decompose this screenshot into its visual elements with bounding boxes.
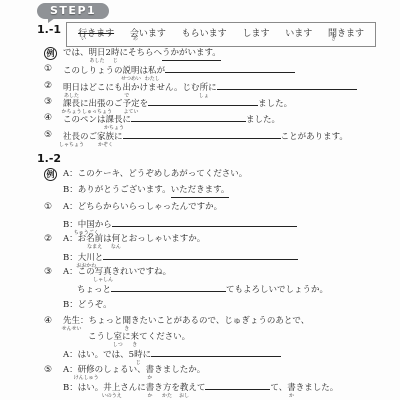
continuation-line: B：はい。井上いのうえさんに書かき方かたを教おしえてて、書かきました。 — [0, 379, 400, 395]
text-segment: 社長しゃちょう — [63, 132, 80, 143]
text-segment: えて — [188, 383, 205, 394]
text-segment: 明日あした — [89, 48, 106, 59]
item-line: ④このペンは課長かちょうにました。 — [0, 111, 400, 127]
item-line: ⑤A：研修けんしゅうのしょるい、書かきましたか。 — [0, 363, 400, 379]
text-segment: 出張しゅっちょう — [89, 99, 106, 110]
answer-text-underlined: いただきます。 — [171, 185, 230, 198]
word-bank-word: 会いますあ — [130, 26, 166, 39]
example-icon: 例 — [44, 47, 57, 60]
text-segment: と — [95, 253, 104, 264]
furigana: か — [148, 394, 153, 399]
word-text: います — [285, 29, 312, 39]
text-segment: きたいことがあるので、じゅぎょうのあとで、 — [131, 316, 309, 327]
word-bank-word: います — [285, 26, 312, 39]
item-line: ①このしりょうの説明せつめいは私わたしが — [0, 62, 400, 78]
text-segment: て、 — [270, 383, 287, 394]
item-number: ① — [44, 202, 63, 213]
item-number: ③ — [44, 97, 63, 108]
text-segment: B：どうぞ。 — [63, 300, 112, 311]
text-segment: ：ちょっと — [80, 316, 123, 327]
text-segment: 書か — [146, 383, 155, 394]
item-number: ④ — [44, 316, 63, 327]
item-line: ③課長かちょうに出張しゅっちょうのご予定よていをました。 — [0, 95, 400, 111]
continuation-line: B：中国ちゅうごくから — [0, 216, 400, 232]
answer-blank — [217, 81, 357, 90]
continuation-line: B：どうぞ。 — [0, 297, 400, 313]
section-1-1-label: 1.-1 — [37, 23, 61, 36]
item-line: ④先生せんせい：ちょっと聞ききたいことがあるので、じゅぎょうのあとで、 — [0, 314, 400, 330]
text-segment: 方かた — [163, 383, 172, 394]
text-segment: 時じ — [111, 48, 120, 59]
furigana: あ — [131, 37, 140, 42]
text-segment: 写真しゃしん — [95, 267, 112, 278]
text-segment: 課長かちょう — [106, 115, 123, 126]
section-1-1-header-row: 1.-1 行きますい会いますあもらいますしますいます聞きますき — [37, 23, 376, 47]
text-segment: 先生せんせい — [63, 316, 80, 327]
text-segment: 中国ちゅうごく — [78, 220, 95, 231]
text-segment: 教おし — [180, 383, 189, 394]
text-segment: とおっしゃいますか。 — [120, 234, 205, 245]
continuation-line: B：大川おおかわと — [0, 248, 400, 264]
section-1-2-items: 例A：このケーキ、どうぞめしあがってください。B：ありがとうございます。いただき… — [0, 167, 400, 395]
text-segment: に — [143, 350, 152, 361]
answer-blank — [205, 381, 270, 390]
word-bank-word: 聞きますき — [328, 26, 364, 39]
word-bank-word: します — [242, 26, 269, 39]
answer-blank — [111, 283, 226, 292]
text-segment: 課長かちょう — [63, 99, 80, 110]
text-segment: B：ありがとうございます。 — [63, 185, 171, 196]
text-segment: きました。 — [296, 383, 339, 394]
example-line: 例A：このケーキ、どうぞめしあがってください。 — [0, 167, 400, 183]
answer-blank — [165, 64, 295, 73]
worksheet-page: STEP1 1.-1 行きますい会いますあもらいますしますいます聞きますき 例で… — [0, 0, 400, 400]
text-segment: のご — [80, 132, 97, 143]
answer-text-underlined: うかがいます。 — [162, 48, 221, 61]
item-number: ① — [44, 64, 63, 75]
text-segment: に — [122, 332, 131, 343]
text-segment: のしょるい、 — [95, 365, 146, 376]
word-bank-word: もらいます — [182, 26, 227, 39]
text-segment: 所しょ — [200, 83, 209, 94]
item-line: ②明日あしたはどこにも出でかけません。じむ所しょに — [0, 79, 400, 95]
continuation-line: B：ありがとうございます。いただきます。 — [0, 183, 400, 199]
text-segment: こうし — [88, 332, 114, 343]
text-segment: では、 — [63, 48, 89, 59]
text-segment: ことがあります。 — [281, 132, 348, 143]
text-segment: 何なん — [112, 234, 121, 245]
step-badge: STEP1 — [37, 3, 109, 19]
text-segment: 書か — [146, 365, 155, 376]
furigana: か — [289, 394, 294, 399]
example-marker: 例 — [44, 48, 63, 60]
text-segment: 説明せつめい — [123, 66, 140, 77]
text-segment: から — [95, 220, 112, 231]
text-segment: 書か — [287, 383, 296, 394]
text-segment: さんに — [120, 383, 146, 394]
continuation-line: ちょっとてもよろしいでしょうか。 — [0, 281, 400, 297]
word-text: します — [242, 29, 269, 39]
word-bank-box: 行きますい会いますあもらいますしますいます聞きますき — [66, 22, 376, 47]
furigana: いのうえ — [102, 394, 122, 399]
text-segment: きましたか。 — [154, 365, 205, 376]
text-segment: B：はい。 — [63, 383, 103, 394]
text-segment: 井上いのうえ — [103, 383, 120, 394]
answer-blank — [131, 113, 246, 122]
example-line: 例では、明日あした2時じにそちらへうかがいます。 — [0, 46, 400, 62]
answer-blank — [123, 130, 281, 139]
item-line: ①A：どちらからいらっしゃったんですか。 — [0, 200, 400, 216]
text-segment: 研修けんしゅう — [78, 365, 95, 376]
text-segment: ました。 — [258, 99, 292, 110]
text-segment: 名前なまえ — [86, 234, 103, 245]
continuation-line: こうし室しつに来きてください。 — [0, 330, 400, 346]
text-segment: A：お — [63, 234, 86, 245]
furigana: おし — [179, 394, 189, 399]
text-segment: 家族かぞく — [97, 132, 114, 143]
text-segment: A：どちらからいらっしゃったんですか。 — [63, 202, 222, 213]
text-segment: 予定よてい — [123, 99, 140, 110]
answer-blank — [148, 97, 258, 106]
item-number: ③ — [44, 267, 63, 278]
text-segment: きれいですね。 — [112, 267, 172, 278]
text-segment: 出で — [123, 83, 132, 94]
text-segment: に — [114, 132, 123, 143]
answer-blank — [151, 348, 281, 357]
text-segment: A：はい。では、5 — [63, 350, 134, 361]
text-segment: このペンは — [63, 115, 106, 126]
item-number: ② — [44, 234, 63, 245]
text-segment: に — [208, 83, 217, 94]
text-segment: A：この — [63, 267, 95, 278]
furigana: い — [79, 37, 88, 42]
word-text: もらいます — [182, 29, 227, 39]
example-marker: 例 — [44, 169, 63, 181]
item-number: ④ — [44, 113, 63, 124]
furigana: かた — [162, 394, 172, 399]
text-segment: 私わたし — [148, 66, 157, 77]
section-1-1-items: 例では、明日あした2時じにそちらへうかがいます。①このしりょうの説明せつめいは私… — [0, 46, 400, 144]
text-segment: 大川おおかわ — [78, 253, 95, 264]
text-segment: にそちらへ — [119, 48, 162, 59]
text-segment: が — [157, 66, 166, 77]
text-segment: 時じ — [134, 350, 143, 361]
item-number: ② — [44, 81, 63, 92]
answer-blank — [112, 218, 297, 227]
furigana: き — [329, 37, 338, 42]
text-segment: てもよろしいでしょうか。 — [226, 285, 328, 296]
section-1-2-label: 1.-2 — [37, 152, 61, 165]
text-segment: を — [140, 99, 149, 110]
furigana: しゃちょう — [59, 143, 84, 148]
text-segment: ました。 — [246, 115, 280, 126]
item-line: ③A：この写真しゃしんきれいですね。 — [0, 265, 400, 281]
text-segment: 来き — [131, 332, 140, 343]
text-segment: このしりょうの — [63, 66, 123, 77]
text-segment: のご — [106, 99, 123, 110]
text-segment: A：このケーキ、どうぞめしあがってください。 — [63, 169, 247, 180]
item-number: ⑤ — [44, 365, 63, 376]
text-segment: はどこにも — [80, 83, 123, 94]
text-segment: かけません。じむ — [131, 83, 200, 94]
example-icon: 例 — [44, 168, 57, 181]
text-segment: 明日あした — [63, 83, 80, 94]
item-line: ⑤社長しゃちょうのご家族かぞくにことがあります。 — [0, 127, 400, 143]
continuation-line: A：はい。では、5時じに — [0, 346, 400, 362]
answer-blank — [103, 251, 298, 260]
text-segment: 室しつ — [114, 332, 123, 343]
text-segment: ちょっと — [77, 285, 111, 296]
furigana: かぞく — [98, 143, 113, 148]
item-number: ⑤ — [44, 130, 63, 141]
word-bank-word-used: 行きますい — [78, 26, 114, 39]
text-segment: に — [123, 115, 132, 126]
item-line: ②A：お名前なまえは何なんとおっしゃいますか。 — [0, 232, 400, 248]
text-segment: てください。 — [139, 332, 190, 343]
step-badge-label: STEP1 — [50, 4, 96, 17]
text-segment: 聞き — [123, 316, 132, 327]
